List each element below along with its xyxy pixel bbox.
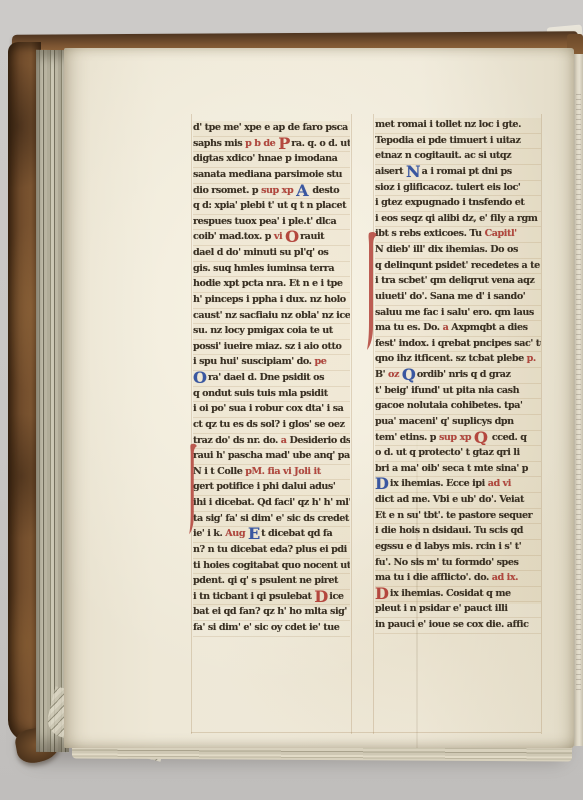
- text-segment: ti hoies cogitabat quo nocent ut: [193, 560, 350, 571]
- text-segment: t dicebat qd fa: [261, 528, 332, 539]
- text-segment: pleut i n psidar e' pauct illi: [375, 603, 508, 614]
- text-line: Dix ihemias. Cosidat q me: [375, 587, 541, 603]
- text-line: su. nz locy pmigax coia te ut: [193, 324, 350, 340]
- text-segment: su. nz locy pmigax coia te ut: [193, 325, 333, 336]
- text-line: ti hoies cogitabat quo nocent ut: [193, 559, 350, 575]
- text-line: i tn ticbant i qi psulebat Dice: [193, 590, 350, 606]
- text-line: aisert Na i romai pt dni ps: [375, 165, 541, 181]
- text-segment: aisert: [375, 166, 406, 177]
- text-line: dio rsomet. p sup xp A desto: [193, 184, 350, 200]
- text-line: q ondut suis tuis mla psidit: [193, 387, 350, 403]
- text-segment: i die hois n dsidaui. Tu scis qd: [375, 525, 523, 536]
- text-line: etnaz n cogitauit. ac si utqz: [375, 149, 541, 165]
- text-segment: saluu me fac i salu' ero. qm laus: [375, 307, 534, 318]
- text-segment: ibt s rebs exticoes. Tu: [375, 228, 485, 239]
- text-segment: gis. suq hmles iuminsa terra: [193, 263, 334, 274]
- manuscript-page: d' tpe me' xpe e ap de faro psca e disap…: [64, 48, 574, 748]
- text-line: tem' etins. p sup xp Q cced. q: [375, 431, 541, 447]
- text-segment: o d. ut q protecto' t gtaz qri li: [375, 447, 520, 458]
- text-column-left: d' tpe me' xpe e ap de faro psca e disap…: [193, 121, 350, 607]
- illuminated-initial: Q: [474, 431, 489, 447]
- text-line: Et e n su' tbt'. te pastore sequer: [375, 509, 541, 525]
- illuminated-initial: N: [406, 165, 422, 181]
- text-line: i die hois n dsidaui. Tu scis qd: [375, 524, 541, 540]
- text-line: sanata mediana parsimoie stu: [193, 168, 350, 184]
- text-segment: egssu e d labys mis. rcin i s' t': [375, 541, 521, 552]
- text-line: dict ad me. Vbi e ub' do'. Veiat: [375, 493, 541, 509]
- text-segment: pe: [314, 356, 326, 367]
- ruling-line-col2-right: [541, 114, 542, 734]
- text-line: Dix ihemias. Ecce ipi ad vi: [375, 477, 541, 493]
- text-segment: ma tu es. Do.: [375, 322, 443, 333]
- text-segment: gert potifice i phi dalui adus': [193, 481, 335, 492]
- text-segment: saphs mis: [193, 138, 245, 149]
- illuminated-initial: D: [314, 590, 329, 606]
- text-line: q delinqunt psidet' recedetes a te: [375, 259, 541, 275]
- text-line: Ora' dael d. Dne psidit os: [193, 371, 350, 387]
- illuminated-initial: Q: [402, 368, 417, 384]
- text-segment: pdent. qi q' s psulent ne piret: [193, 575, 338, 586]
- text-segment: i oi po' sua i robur cox dta' i sa: [193, 403, 343, 414]
- text-segment: desto: [310, 185, 340, 196]
- red-initial-descender-right: [366, 230, 378, 352]
- text-segment: sup xp: [261, 185, 296, 196]
- ruling-line-col2-left: [373, 114, 374, 734]
- text-line: coib' mad.tox. p vi Orauit: [193, 230, 350, 246]
- text-segment: possi' iueire miaz. sz i aio otto: [193, 341, 341, 352]
- text-segment: Desiderio dsid': [289, 435, 350, 446]
- text-line: d' tpe me' xpe e ap de faro psca e di: [193, 121, 350, 137]
- text-line: i tra scbet' qm deliqrut vena aqz: [375, 274, 541, 290]
- text-line: sioz i glificacoz. tulert eis loc': [375, 181, 541, 197]
- text-segment: pM. fia vi Joli it: [245, 466, 320, 477]
- text-segment: N i t Colle: [193, 466, 245, 477]
- illuminated-initial: D: [375, 477, 390, 493]
- text-segment: ct qz tu es ds sol? i glos' se oez: [193, 419, 344, 430]
- text-segment: uiueti' do'. Sana me d' i sando': [375, 291, 525, 302]
- text-segment: met romai i tollet nz loc i gte.: [375, 119, 521, 130]
- text-line: gacoe nolutaia cohibetes. tpa': [375, 399, 541, 415]
- text-segment: bat ei qd fan? qz h' ho mlta sig': [193, 606, 347, 617]
- illuminated-initial: D: [375, 587, 390, 603]
- text-segment: oz: [388, 369, 402, 380]
- text-segment: h' pinceps i ppha i dux. nz holo: [193, 294, 346, 305]
- text-segment: i eos seqz qi alibi dz, e' fily a rgm: [375, 213, 538, 224]
- text-line: B' oz Qordib' nris q d graz: [375, 368, 541, 384]
- text-segment: t' beig' ifund' ut pita nia cash: [375, 385, 519, 396]
- text-segment: ra' dael d. Dne psidit os: [208, 372, 324, 383]
- text-segment: Axpmqbt a dies: [451, 322, 527, 333]
- text-segment: tem' etins. p: [375, 432, 439, 443]
- text-line: ct qz tu es ds sol? i glos' se oez: [193, 418, 350, 434]
- text-line: traz do' ds nr. do. a Desiderio dsid': [193, 434, 350, 450]
- text-line: hodie xpt pcta nra. Et n e i tpe: [193, 277, 350, 293]
- text-line: fest' indox. i qrebat pncipes sac' tu: [375, 337, 541, 353]
- text-segment: respues tuox pea' i ple.t' dlca: [193, 216, 336, 227]
- text-line: i oi po' sua i robur cox dta' i sa: [193, 402, 350, 418]
- text-column-right: met romai i tollet nz loc i gte.Tepodia …: [375, 118, 541, 604]
- text-segment: ma tu i die afflicto'. do.: [375, 572, 492, 583]
- text-segment: hodie xpt pcta nra. Et n e i tpe: [193, 278, 343, 289]
- text-segment: Aug: [225, 528, 248, 539]
- text-segment: dict ad me. Vbi e ub' do'. Veiat: [375, 494, 524, 505]
- text-segment: coib' mad.tox. p: [193, 231, 274, 242]
- text-line: egssu e d labys mis. rcin i s' t': [375, 540, 541, 556]
- text-line: fu'. No sis m' tu formdo' spes: [375, 556, 541, 572]
- ruling-line-col1-right: [351, 114, 352, 734]
- illuminated-initial: O: [285, 230, 300, 246]
- text-line: ibt s rebs exticoes. Tu Capitl': [375, 227, 541, 243]
- illuminated-initial: E: [248, 527, 261, 543]
- text-line: q d: xpia' plebi t' ut q t n placet: [193, 199, 350, 215]
- text-segment: a i romai pt dni ps: [422, 166, 512, 177]
- text-segment: bri a ma' oib' seca t mte sina' p: [375, 463, 528, 474]
- text-line: caust' nz sacfiaiu nz obla' nz ice: [193, 309, 350, 325]
- text-segment: rauit: [300, 231, 324, 242]
- text-line: ta sig' fa' si dim' e' sic ds credet: [193, 512, 350, 528]
- text-segment: fest' indox. i qrebat pncipes sac' tu: [375, 338, 541, 349]
- text-segment: sioz i glificacoz. tulert eis loc': [375, 182, 520, 193]
- text-line: i gtez expugnado i tnsfendo et: [375, 196, 541, 212]
- text-line: n? n tu dicebat eda? plus ei pdi: [193, 543, 350, 559]
- text-segment: Et e n su' tbt'. te pastore sequer: [375, 510, 532, 521]
- text-line: dael d do' minuti su pl'q' os: [193, 246, 350, 262]
- text-line: t' beig' ifund' ut pita nia cash: [375, 384, 541, 400]
- text-line: digtas xdico' hnae p imodana: [193, 152, 350, 168]
- text-segment: q delinqunt psidet' recedetes a te: [375, 260, 540, 271]
- text-line: N i t Colle pM. fia vi Joli it: [193, 465, 350, 481]
- text-segment: p.: [527, 353, 536, 364]
- text-segment: n? n tu dicebat eda? plus ei pdi: [193, 544, 347, 555]
- text-line: bri a ma' oib' seca t mte sina' p: [375, 462, 541, 478]
- text-line: N dieb' ill' dix ihemias. Do os: [375, 243, 541, 259]
- ruling-line-col1-left: [191, 114, 192, 734]
- text-line: saphs mis p b de Pra. q. o d. ut: [193, 137, 350, 153]
- red-initial-descender-left: [187, 443, 199, 535]
- text-line: ma tu i die afflicto'. do. ad ix.: [375, 571, 541, 587]
- text-segment: i tra scbet' qm deliqrut vena aqz: [375, 275, 534, 286]
- text-line: pdent. qi q' s psulent ne piret: [193, 574, 350, 590]
- text-line: Tepodia ei pde timuert i uitaz: [375, 134, 541, 150]
- text-segment: digtas xdico' hnae p imodana: [193, 153, 337, 164]
- photo-background: d' tpe me' xpe e ap de faro psca e disap…: [0, 0, 583, 800]
- text-line: pleut i n psidar e' pauct illi: [375, 602, 541, 618]
- text-segment: dael d do' minuti su pl'q' os: [193, 247, 328, 258]
- text-segment: q ondut suis tuis mla psidit: [193, 388, 328, 399]
- text-line: gert potifice i phi dalui adus': [193, 480, 350, 496]
- text-segment: ordib' nris q d graz: [417, 369, 511, 380]
- text-line: uiueti' do'. Sana me d' i sando': [375, 290, 541, 306]
- text-line: h' pinceps i ppha i dux. nz holo: [193, 293, 350, 309]
- text-segment: traz do' ds nr. do.: [193, 435, 281, 446]
- text-line: respues tuox pea' i ple.t' dlca: [193, 215, 350, 231]
- text-segment: p b de: [245, 138, 278, 149]
- text-segment: gacoe nolutaia cohibetes. tpa': [375, 400, 523, 411]
- text-segment: i spu hui' suscipiam' do.: [193, 356, 314, 367]
- text-segment: ad ix.: [492, 572, 518, 583]
- text-segment: Tepodia ei pde timuert i uitaz: [375, 135, 520, 146]
- text-line: i spu hui' suscipiam' do. pe: [193, 355, 350, 371]
- text-line: i eos seqz qi alibi dz, e' fily a rgm: [375, 212, 541, 228]
- text-line: ma tu es. Do. a Axpmqbt a dies: [375, 321, 541, 337]
- illuminated-initial: P: [278, 137, 291, 153]
- text-segment: B': [375, 369, 388, 380]
- text-segment: etnaz n cogitauit. ac si utqz: [375, 150, 511, 161]
- text-segment: sup xp: [439, 432, 474, 443]
- text-segment: cced. q: [489, 432, 527, 443]
- text-segment: vi: [274, 231, 285, 242]
- text-segment: ihi i dicebat. Qd faci' qz h' h' ml': [193, 497, 350, 508]
- text-segment: d' tpe me' xpe e ap de faro psca e di: [193, 122, 350, 133]
- facing-page-text-hint: [576, 94, 581, 694]
- text-segment: ta sig' fa' si dim' e' sic ds credet: [193, 513, 349, 524]
- text-segment: fu'. No sis m' tu formdo' spes: [375, 557, 518, 568]
- text-segment: ad vi: [488, 478, 511, 489]
- text-line: raui h' pascha mad' ube anq' pana: [193, 449, 350, 465]
- text-line: in pauci e' ioue se cox die. affic: [375, 618, 541, 634]
- text-line: fa' si dim' e' sic oy cdet ie' tue: [193, 621, 350, 637]
- text-line: saluu me fac i salu' ero. qm laus: [375, 306, 541, 322]
- text-line: bat ei qd fan? qz h' ho mlta sig': [193, 605, 350, 621]
- text-segment: ice: [329, 591, 343, 602]
- text-segment: ix ihemias. Cosidat q me: [390, 588, 511, 599]
- text-line: qno ihz itficent. sz tcbat plebe p.: [375, 352, 541, 368]
- illuminated-initial: O: [193, 371, 208, 387]
- text-segment: ix ihemias. Ecce ipi: [390, 478, 488, 489]
- text-segment: raui h' pascha mad' ube anq' pana: [193, 450, 350, 461]
- text-segment: i gtez expugnado i tnsfendo et: [375, 197, 524, 208]
- text-line: ihi i dicebat. Qd faci' qz h' h' ml': [193, 496, 350, 512]
- text-segment: qno ihz itficent. sz tcbat plebe: [375, 353, 527, 364]
- text-segment: q d: xpia' plebi t' ut q t n placet: [193, 200, 346, 211]
- text-line: ie' i k. Aug Et dicebat qd fa: [193, 527, 350, 543]
- text-segment: fa' si dim' e' sic oy cdet ie' tue: [193, 622, 339, 633]
- text-line: possi' iueire miaz. sz i aio otto: [193, 340, 350, 356]
- text-segment: caust' nz sacfiaiu nz obla' nz ice: [193, 310, 350, 321]
- text-segment: ra. q. o d. ut: [291, 138, 350, 149]
- facing-page-edge: [574, 54, 583, 746]
- text-segment: Capitl': [485, 228, 517, 239]
- ruling-line-bottom: [191, 732, 541, 733]
- text-line: o d. ut q protecto' t gtaz qri li: [375, 446, 541, 462]
- text-segment: sanata mediana parsimoie stu: [193, 169, 342, 180]
- text-line: pua' maceni' q' suplicys dpn: [375, 415, 541, 431]
- text-line: met romai i tollet nz loc i gte.: [375, 118, 541, 134]
- text-segment: pua' maceni' q' suplicys dpn: [375, 416, 514, 427]
- text-segment: dio rsomet. p: [193, 185, 261, 196]
- text-segment: N dieb' ill' dix ihemias. Do os: [375, 244, 518, 255]
- text-line: gis. suq hmles iuminsa terra: [193, 262, 350, 278]
- text-segment: i tn ticbant i qi psulebat: [193, 591, 314, 602]
- text-segment: in pauci e' ioue se cox die. affic: [375, 619, 528, 630]
- illuminated-initial: A: [296, 184, 309, 200]
- text-segment: a: [443, 322, 452, 333]
